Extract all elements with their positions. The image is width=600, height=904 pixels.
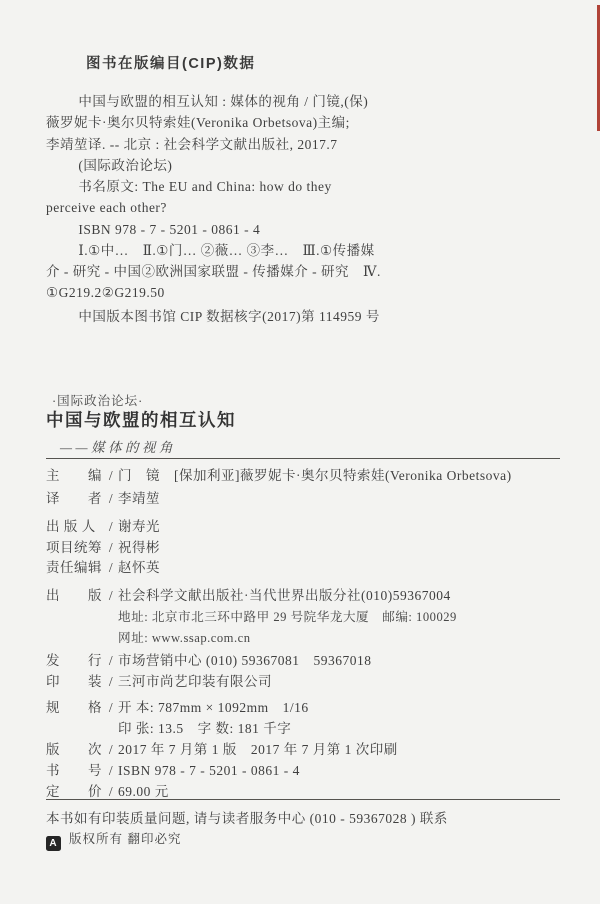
managing-editor-row: 责任编辑/赵怀英 xyxy=(46,558,560,579)
divider-rule-top xyxy=(46,458,560,459)
cip-header: 图书在版编目(CIP)数据 xyxy=(46,52,560,73)
printing-label: 印 装 xyxy=(46,671,104,693)
printing-row: 印 装/三河市尚艺印装有限公司 xyxy=(46,671,560,693)
format-label: 规 格 xyxy=(46,697,104,718)
isbn-label: 书 号 xyxy=(46,760,104,781)
cip-classification: Ⅰ.①中… Ⅱ.①门… ②薇… ③李… Ⅲ.①传播媒 介 - 研究 - 中国②欧… xyxy=(46,240,560,303)
slash-separator: / xyxy=(104,671,118,693)
cip-line: perceive each other? xyxy=(46,197,560,218)
format-value: 开 本: 787mm × 1092mm 1/16 xyxy=(118,700,309,715)
format-row: 规 格/开 本: 787mm × 1092mm 1/16 xyxy=(46,697,560,718)
editor-row: 主 编/门 镜 [保加利亚]薇罗妮卡·奥尔贝特索娃(Veronika Orbet… xyxy=(46,464,560,487)
slash-separator: / xyxy=(104,585,118,607)
copyright-notice: 版权所有 翻印必究 xyxy=(69,832,181,846)
editor-value: 门 镜 [保加利亚]薇罗妮卡·奥尔贝特索娃(Veronika Orbetsova… xyxy=(118,468,512,483)
slash-separator: / xyxy=(104,558,118,579)
translator-value: 李靖堃 xyxy=(118,491,160,506)
divider-rule-bottom xyxy=(46,799,560,800)
book-subtitle: ——媒体的视角 xyxy=(46,436,560,456)
cip-class-line: ①G219.2②G219.50 xyxy=(46,282,560,303)
managing-editor-label: 责任编辑 xyxy=(46,558,104,579)
slash-separator: / xyxy=(104,538,118,559)
slash-separator: / xyxy=(104,760,118,781)
project-coordinator-label: 项目统筹 xyxy=(46,538,104,559)
sheets-row: 印 张: 13.5 字 数: 181 千字 xyxy=(118,718,560,739)
distribution-value: 市场营销中心 (010) 59367081 59367018 xyxy=(118,653,372,668)
editor-label: 主 编 xyxy=(46,464,104,487)
publisher-address: 地址: 北京市北三环中路甲 29 号院华龙大厦 邮编: 100029 xyxy=(118,607,560,629)
publisher-logo-icon: A xyxy=(46,836,61,851)
slash-separator: / xyxy=(104,487,118,510)
distribution-row: 发 行/市场营销中心 (010) 59367081 59367018 xyxy=(46,650,560,672)
book-copyright-page: 图书在版编目(CIP)数据 中国与欧盟的相互认知 : 媒体的视角 / 门镜,(保… xyxy=(0,0,600,904)
credits-block: 主 编/门 镜 [保加利亚]薇罗妮卡·奥尔贝特索娃(Veronika Orbet… xyxy=(46,464,560,510)
staff-block: 出 版 人/谢寿光 项目统筹/祝得彬 责任编辑/赵怀英 xyxy=(46,517,560,579)
cip-line: 中国与欧盟的相互认知 : 媒体的视角 / 门镜,(保) xyxy=(46,91,560,112)
cip-isbn-line: ISBN 978 - 7 - 5201 - 0861 - 4 xyxy=(46,219,560,240)
project-coordinator-value: 祝得彬 xyxy=(118,540,160,555)
slash-separator: / xyxy=(104,650,118,672)
spec-block: 规 格/开 本: 787mm × 1092mm 1/16 印 张: 13.5 字… xyxy=(46,697,560,802)
publisher-value: 社会科学文献出版社·当代世界出版分社(010)59367004 xyxy=(118,588,451,603)
edition-label: 版 次 xyxy=(46,739,104,760)
book-title: 中国与欧盟的相互认知 xyxy=(46,407,560,432)
translator-label: 译 者 xyxy=(46,487,104,510)
project-coordinator-row: 项目统筹/祝得彬 xyxy=(46,538,560,559)
isbn-row: 书 号/ISBN 978 - 7 - 5201 - 0861 - 4 xyxy=(46,760,560,781)
publisher-person-label: 出 版 人 xyxy=(46,517,104,538)
publisher-person-value: 谢寿光 xyxy=(118,519,160,534)
cip-class-line: 介 - 研究 - 中国②欧洲国家联盟 - 传播媒介 - 研究 Ⅳ. xyxy=(46,261,560,282)
slash-separator: / xyxy=(104,697,118,718)
publisher-label: 出 版 xyxy=(46,585,104,607)
publisher-website: 网址: www.ssap.com.cn xyxy=(118,628,560,650)
cip-description: 中国与欧盟的相互认知 : 媒体的视角 / 门镜,(保) 薇罗妮卡·奥尔贝特索娃(… xyxy=(46,91,560,240)
slash-separator: / xyxy=(104,739,118,760)
publishing-block: 出 版/社会科学文献出版社·当代世界出版分社(010)59367004 地址: … xyxy=(46,585,560,693)
slash-separator: / xyxy=(104,464,118,487)
edition-row: 版 次/2017 年 7 月第 1 版 2017 年 7 月第 1 次印刷 xyxy=(46,739,560,760)
cip-line: 书名原文: The EU and China: how do they xyxy=(46,176,560,197)
printing-value: 三河市尚艺印装有限公司 xyxy=(118,674,272,689)
distribution-label: 发 行 xyxy=(46,650,104,672)
isbn-value: ISBN 978 - 7 - 5201 - 0861 - 4 xyxy=(118,763,300,778)
cip-line: 薇罗妮卡·奥尔贝特索娃(Veronika Orbetsova)主编; xyxy=(46,112,560,133)
managing-editor-value: 赵怀英 xyxy=(118,560,160,575)
publisher-person-row: 出 版 人/谢寿光 xyxy=(46,517,560,538)
publisher-row: 出 版/社会科学文献出版社·当代世界出版分社(010)59367004 xyxy=(46,585,560,607)
edition-value: 2017 年 7 月第 1 版 2017 年 7 月第 1 次印刷 xyxy=(118,742,398,757)
reader-service-note: 本书如有印装质量问题, 请与读者服务中心 (010 - 59367028 ) 联… xyxy=(46,807,560,827)
slash-separator: / xyxy=(104,517,118,538)
cip-class-line: Ⅰ.①中… Ⅱ.①门… ②薇… ③李… Ⅲ.①传播媒 xyxy=(46,240,560,261)
translator-row: 译 者/李靖堃 xyxy=(46,487,560,510)
cip-line: 李靖堃译. -- 北京 : 社会科学文献出版社, 2017.7 xyxy=(46,134,560,155)
cip-registry: 中国版本图书馆 CIP 数据核字(2017)第 114959 号 xyxy=(46,305,560,325)
price-value: 69.00 元 xyxy=(118,784,169,799)
cip-line: (国际政治论坛) xyxy=(46,155,560,176)
copyright-row: A版权所有 翻印必究 xyxy=(46,829,560,851)
